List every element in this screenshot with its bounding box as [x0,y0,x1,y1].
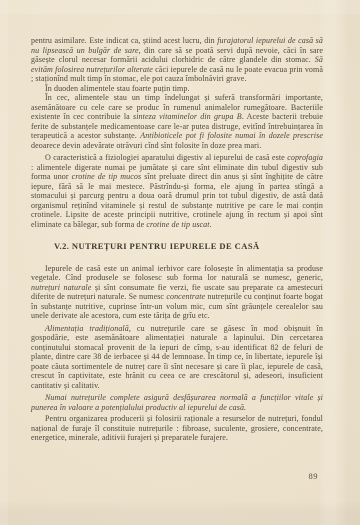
paragraph: O caracteristică a fiziologiei aparatulu… [31,153,323,229]
body-text: Pentru organizarea producerii și folosir… [31,414,323,442]
section-heading: V.2. NUTREȚURI PENTRU IEPURELE DE CASĂ [54,242,323,252]
page-number: 89 [309,471,319,481]
body-text: , cu nutrețurile care se găsesc în mod o… [31,324,323,390]
paragraph: Iepurele de casă este un animal ierbivor… [31,264,323,321]
emphasis-text: crotine de tip mucos [72,172,142,181]
emphasis-text: crotine de tip uscat [146,220,209,229]
paragraph: În duoden alimentele stau foarte puțin t… [31,84,323,94]
book-page: pentru asimilare. Este indicat ca, știin… [0,0,360,525]
paragraph: Alimentația tradițională, cu nutrețurile… [31,324,323,391]
top-paragraphs: pentru asimilare. Este indicat ca, știin… [31,36,323,229]
paragraph: Numai nutrețurile complete asigură desfă… [31,393,323,412]
text-block: pentru asimilare. Este indicat ca, știin… [31,36,323,443]
body-text: deoarece devin adevărate otrăvuri cînd s… [31,141,261,150]
paragraph: pentru asimilare. Este indicat ca, știin… [31,36,323,84]
body-text: O caracteristică a fiziologiei aparatulu… [45,153,287,162]
body-text: Numai nutrețurile complete asigură desfă… [31,393,323,412]
emphasis-text: coprofagia [287,153,323,162]
paragraph: Pentru organizarea producerii și folosir… [31,414,323,443]
emphasis-text: Antibioticele pot fi folosite numai în d… [140,131,323,140]
body-text: . [210,220,212,229]
paragraph: În cec, alimentele stau un timp îndelung… [31,93,323,150]
section-paragraphs: Iepurele de casă este un animal ierbivor… [31,264,323,443]
emphasis-text: Alimentația tradițională [45,324,129,333]
body-text: Iepurele de casă este un animal ierbivor… [31,264,323,283]
emphasis-text: sinteza vitaminelor din grupa B [133,112,242,121]
body-text: pentru asimilare. Este indicat ca, știin… [31,36,217,45]
body-text: În duoden alimentele stau foarte puțin t… [45,84,190,93]
emphasis-text: concentrate [166,292,205,301]
emphasis-text: nutrețuri naturale [31,283,91,292]
